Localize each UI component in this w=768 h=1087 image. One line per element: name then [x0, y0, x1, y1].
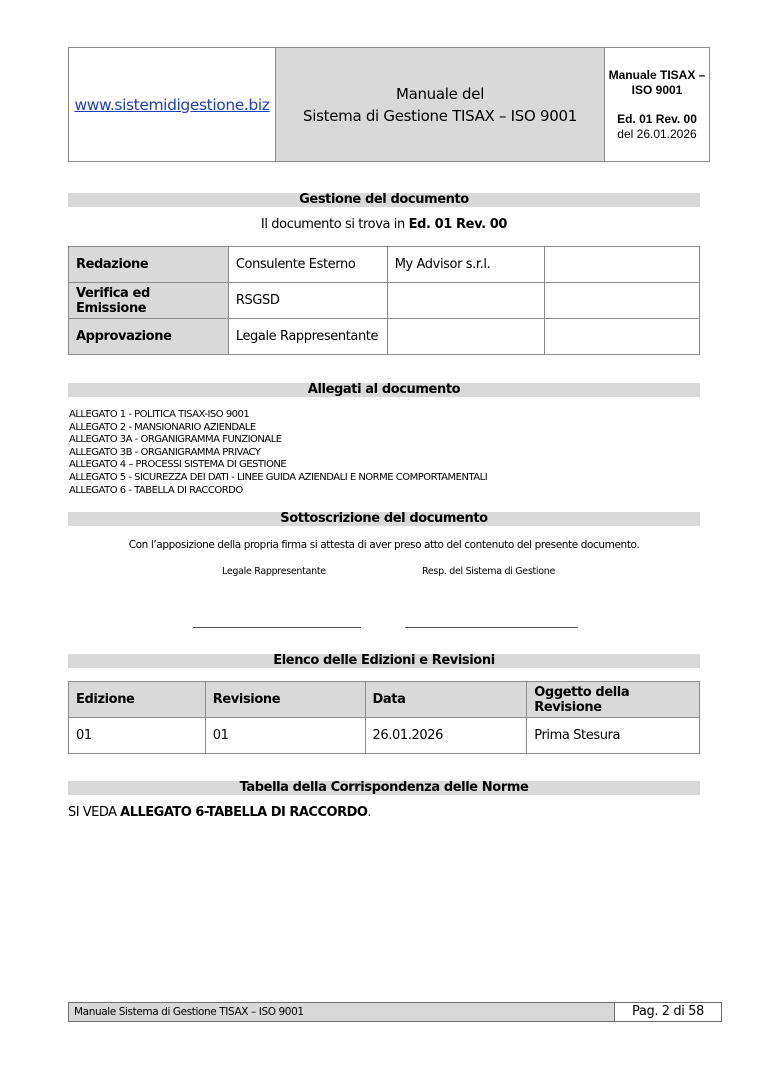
header-meta-cell: Manuale TISAX – ISO 9001 Ed. 01 Rev. 00 … — [605, 48, 709, 161]
section-allegati-title: Allegati al documento — [68, 383, 700, 397]
revisions-table: Edizione Revisione Data Oggetto della Re… — [68, 681, 700, 754]
page-footer: Manuale Sistema di Gestione TISAX – ISO … — [68, 1002, 722, 1022]
table-row: Redazione Consulente Esterno My Advisor … — [69, 247, 700, 283]
manual-name-line1: Manuale TISAX – — [609, 68, 706, 83]
document-status-value: Ed. 01 Rev. 00 — [409, 217, 507, 232]
table-cell: Consulente Esterno — [228, 247, 387, 283]
header-website-cell: www.sistemidigestione.biz — [69, 48, 276, 161]
column-header: Revisione — [205, 682, 365, 718]
column-header: Edizione — [69, 682, 206, 718]
column-header: Oggetto della Revisione — [527, 682, 700, 718]
column-header: Data — [365, 682, 527, 718]
table-row: 01 01 26.01.2026 Prima Stesura — [69, 718, 700, 754]
table-cell — [387, 319, 545, 355]
list-item: ALLEGATO 3B - ORGANIGRAMMA PRIVACY — [69, 447, 487, 460]
section-revisioni-title: Elenco delle Edizioni e Revisioni — [68, 654, 700, 668]
page-number: Pag. 2 di 58 — [615, 1003, 721, 1021]
document-status-prefix: Il documento si trova in — [261, 217, 409, 232]
table-cell — [545, 247, 700, 283]
corrispondenza-note: SI VEDA ALLEGATO 6-TABELLA DI RACCORDO. — [68, 805, 371, 820]
edition-revision: Ed. 01 Rev. 00 — [617, 112, 697, 127]
list-item: ALLEGATO 5 - SICUREZZA DEI DATI - LINEE … — [69, 472, 487, 485]
manual-name-line2: ISO 9001 — [632, 83, 683, 98]
table-cell: My Advisor s.r.l. — [387, 247, 545, 283]
header-title-cell: Manuale del Sistema di Gestione TISAX – … — [276, 48, 605, 161]
table-cell — [545, 283, 700, 319]
section-corrispondenza-title: Tabella della Corrispondenza delle Norme — [68, 781, 700, 795]
note-prefix: SI VEDA — [68, 805, 120, 820]
signer-legal-representative: Legale Rappresentante — [222, 566, 326, 577]
footer-document-title: Manuale Sistema di Gestione TISAX – ISO … — [69, 1003, 615, 1021]
edition-date: del 26.01.2026 — [617, 127, 696, 142]
table-cell: 01 — [69, 718, 206, 754]
document-title-line1: Manuale del — [396, 83, 484, 105]
signature-line-2 — [405, 627, 578, 628]
row-label: Redazione — [69, 247, 229, 283]
table-row: Approvazione Legale Rappresentante — [69, 319, 700, 355]
note-suffix: . — [367, 805, 371, 820]
table-cell: 26.01.2026 — [365, 718, 527, 754]
signature-statement: Con l’apposizione della propria firma si… — [68, 539, 700, 551]
section-gestione-title: Gestione del documento — [68, 193, 700, 207]
section-sottoscrizione-title: Sottoscrizione del documento — [68, 512, 700, 526]
list-item: ALLEGATO 2 - MANSIONARIO AZIENDALE — [69, 422, 487, 435]
table-cell — [545, 319, 700, 355]
website-link[interactable]: www.sistemidigestione.biz — [74, 96, 269, 114]
gestione-table: Redazione Consulente Esterno My Advisor … — [68, 246, 700, 355]
table-row: Verifica ed Emissione RSGSD — [69, 283, 700, 319]
document-title-line2: Sistema di Gestione TISAX – ISO 9001 — [303, 105, 577, 127]
list-item: ALLEGATO 6 - TABELLA DI RACCORDO — [69, 485, 487, 498]
table-cell: 01 — [205, 718, 365, 754]
allegati-list: ALLEGATO 1 - POLITICA TISAX-ISO 9001 ALL… — [69, 409, 487, 497]
list-item: ALLEGATO 3A - ORGANIGRAMMA FUNZIONALE — [69, 434, 487, 447]
row-label: Verifica ed Emissione — [69, 283, 229, 319]
signer-system-manager: Resp. del Sistema di Gestione — [422, 566, 555, 577]
table-cell — [387, 283, 545, 319]
table-cell: RSGSD — [228, 283, 387, 319]
table-header-row: Edizione Revisione Data Oggetto della Re… — [69, 682, 700, 718]
list-item: ALLEGATO 1 - POLITICA TISAX-ISO 9001 — [69, 409, 487, 422]
table-cell: Legale Rappresentante — [228, 319, 387, 355]
signature-line-1 — [193, 627, 361, 628]
document-status: Il documento si trova in Ed. 01 Rev. 00 — [68, 217, 700, 232]
table-cell: Prima Stesura — [527, 718, 700, 754]
note-reference: ALLEGATO 6-TABELLA DI RACCORDO — [120, 805, 367, 820]
document-header: www.sistemidigestione.biz Manuale del Si… — [68, 47, 710, 162]
list-item: ALLEGATO 4 – PROCESSI SISTEMA DI GESTION… — [69, 459, 487, 472]
row-label: Approvazione — [69, 319, 229, 355]
